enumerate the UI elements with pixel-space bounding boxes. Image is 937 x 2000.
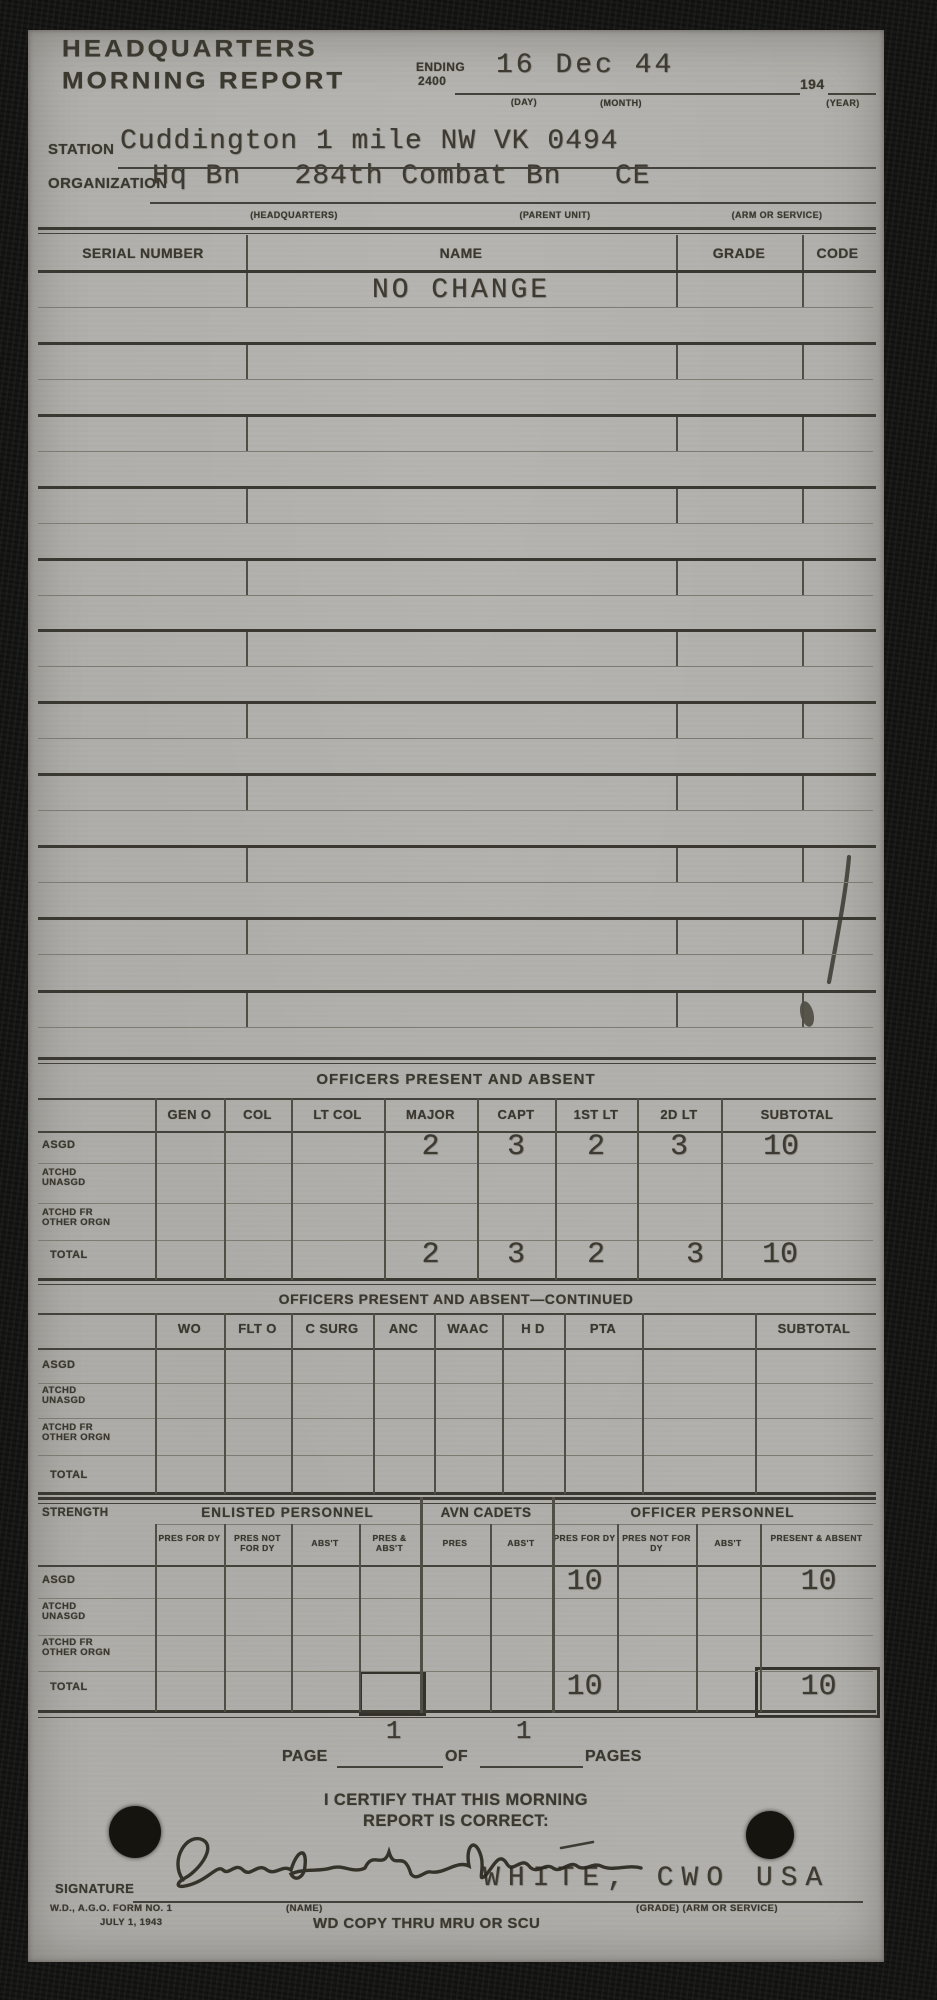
rule-vertical (224, 1313, 226, 1494)
officer-col-pres-for-dy: PRES FOR DY (552, 1533, 617, 1543)
form-date: JULY 1, 1943 (100, 1918, 162, 1928)
rule-horizontal (38, 1565, 876, 1567)
rule-horizontal (155, 1524, 873, 1525)
roster-cell-divider (246, 704, 248, 738)
officers-row-asgd-label: ASGD (42, 1140, 75, 1152)
roster-row-lightrule (38, 451, 873, 452)
roster-cell-divider (676, 993, 678, 1027)
rule-vertical (373, 1313, 375, 1494)
strength-row-total-label: TOTAL (50, 1682, 88, 1694)
roster-cell-divider (802, 848, 804, 882)
roster-row-rule (38, 414, 876, 417)
rule-horizontal (337, 1766, 443, 1768)
rule-vertical (721, 1098, 723, 1280)
strength-total-officer-pres: 10 (552, 1672, 617, 1702)
roster-row-lightrule (38, 595, 873, 596)
rule-vertical (760, 1524, 762, 1712)
strength-label: STRENGTH (42, 1507, 108, 1519)
officers-col-lt-col: LT COL (291, 1108, 384, 1122)
rule-horizontal (828, 93, 876, 95)
officers-continued-title: OFFICERS PRESENT AND ABSENT—CONTINUED (28, 1292, 884, 1307)
roster-row-lightrule (38, 523, 873, 524)
roster-row-lightrule (38, 666, 873, 667)
officers-col-capt: CAPT (477, 1108, 555, 1122)
rule-vertical (490, 1524, 492, 1712)
handwritten-signature (163, 1820, 723, 1910)
rule-vertical (802, 235, 804, 270)
officers-row-atchd-unasgd-label: ATCHD UNASGD (42, 1168, 120, 1188)
rule-horizontal (38, 1240, 873, 1241)
strength-group-officer: OFFICER PERSONNEL (552, 1506, 873, 1520)
roster-row-rule (38, 917, 876, 920)
rule-horizontal (38, 1203, 873, 1204)
continued-col-waac: WAAC (434, 1322, 502, 1336)
officers-asgd-2d-lt: 3 (637, 1132, 721, 1162)
rule-vertical (420, 1497, 423, 1713)
officers-col-2d-lt: 2D LT (637, 1108, 721, 1122)
pages-label: PAGES (585, 1749, 642, 1766)
name-sublabel: (NAME) (286, 1904, 323, 1914)
roster-row-lightrule (38, 738, 873, 739)
of-label: OF (445, 1749, 468, 1766)
continued-row-total-label: TOTAL (50, 1470, 88, 1482)
enlisted-col-pres-for-dy: PRES FOR DY (155, 1533, 224, 1543)
page-number-value: 1 (366, 1718, 421, 1744)
page-label: PAGE (282, 1749, 328, 1766)
continued-row-atchd-fr-label: ATCHD FR OTHER ORGN (42, 1423, 120, 1443)
continued-col-subtotal: SUBTOTAL (755, 1322, 873, 1336)
roster-cell-divider (676, 489, 678, 523)
officers-total-subtotal: 10 (725, 1240, 835, 1270)
officers-col-subtotal: SUBTOTAL (721, 1108, 873, 1122)
roster-cell-divider (802, 417, 804, 451)
rule-vertical (564, 1313, 566, 1494)
enlisted-col-pres-abst: PRES & ABS'T (359, 1533, 420, 1553)
roster-cell-divider (802, 273, 804, 307)
roster-cell-divider (676, 632, 678, 666)
strength-group-enlisted: ENLISTED PERSONNEL (155, 1506, 420, 1520)
rule-horizontal (38, 1710, 876, 1713)
rule-vertical (155, 1098, 157, 1280)
signature-label: SIGNATURE (55, 1882, 134, 1896)
rule-horizontal (38, 1131, 876, 1133)
roster-cell-divider (676, 417, 678, 451)
rule-horizontal (150, 202, 876, 204)
rule-horizontal (455, 93, 800, 95)
roster-cell-divider (802, 345, 804, 379)
roster-cell-divider (246, 920, 248, 954)
strength-row-asgd-label: ASGD (42, 1575, 75, 1587)
pen-slash-mark (28, 30, 884, 1130)
rule-horizontal (38, 1671, 873, 1672)
roster-row-rule (38, 701, 876, 704)
continued-col-c-surg: C SURG (291, 1322, 373, 1336)
roster-cell-divider (246, 273, 248, 307)
roster-cell-divider (246, 632, 248, 666)
roster-row-rule (38, 270, 876, 273)
roster-row-lightrule (38, 954, 873, 955)
pages-total-value: 1 (496, 1718, 551, 1744)
roster-cell-divider (246, 417, 248, 451)
rule-vertical (224, 1098, 226, 1280)
rule-horizontal (38, 1455, 873, 1456)
rule-vertical (434, 1313, 436, 1494)
roster-cell-divider (246, 993, 248, 1027)
officers-col-1st-lt: 1ST LT (555, 1108, 637, 1122)
roster-row-rule (38, 342, 876, 345)
roster-cell-divider (676, 776, 678, 810)
rule-horizontal (38, 227, 876, 230)
rule-vertical (477, 1098, 479, 1280)
rule-vertical (359, 1524, 361, 1712)
officers-asgd-subtotal: 10 (721, 1132, 841, 1162)
roster-cell-divider (802, 561, 804, 595)
roster-cell-divider (676, 704, 678, 738)
roster-cell-divider (802, 920, 804, 954)
grade-arm-sublabel: (GRADE) (ARM OR SERVICE) (636, 1904, 778, 1914)
rule-horizontal (38, 1348, 876, 1350)
rule-vertical (291, 1313, 293, 1494)
officers-total-capt: 3 (477, 1240, 555, 1270)
roster-cell-divider (802, 632, 804, 666)
rule-horizontal (38, 1497, 876, 1500)
roster-cell-divider (246, 848, 248, 882)
roster-cell-divider (802, 993, 804, 1027)
form-number: W.D., A.G.O. FORM NO. 1 (50, 1904, 172, 1914)
hole-punch-right (746, 1811, 794, 1859)
rule-vertical (502, 1313, 504, 1494)
rule-horizontal (38, 1163, 873, 1164)
continued-col-flt-o: FLT O (224, 1322, 291, 1336)
rule-horizontal (38, 1418, 873, 1419)
officer-col-abst: ABS'T (696, 1539, 760, 1548)
ink-blob (798, 1000, 817, 1028)
rule-horizontal (38, 1063, 876, 1064)
strength-row-atchd-fr-label: ATCHD FR OTHER ORGN (42, 1638, 120, 1658)
rule-vertical (552, 1497, 555, 1713)
rule-vertical (155, 1524, 157, 1712)
officers-col-col: COL (224, 1108, 291, 1122)
continued-col-h-d: H D (502, 1322, 564, 1336)
strength-row-atchd-unasgd-label: ATCHD UNASGD (42, 1602, 120, 1622)
roster-cell-divider (802, 704, 804, 738)
rule-horizontal (38, 1383, 873, 1384)
roster-cell-divider (246, 776, 248, 810)
officers-total-major: 2 (384, 1240, 477, 1270)
certify-line1: I CERTIFY THAT THIS MORNING (226, 1792, 686, 1809)
rule-horizontal (118, 167, 876, 169)
roster-row-lightrule (38, 307, 873, 308)
rule-horizontal (38, 1278, 876, 1281)
roster-cell-divider (246, 561, 248, 595)
scanned-document: HEADQUARTERS MORNING REPORT ENDING 2400 … (0, 0, 937, 2000)
continued-row-asgd-label: ASGD (42, 1360, 75, 1372)
avn-col-pres: PRES (420, 1539, 490, 1548)
officers-asgd-capt: 3 (477, 1132, 555, 1162)
officers-col-gen-o: GEN O (155, 1108, 224, 1122)
rule-vertical (637, 1098, 639, 1280)
roster-cell-divider (676, 920, 678, 954)
officer-col-present-absent: PRESENT & ABSENT (760, 1533, 873, 1543)
roster-cell-divider (246, 345, 248, 379)
rule-vertical (676, 235, 678, 270)
rule-horizontal (38, 1057, 876, 1060)
hole-punch-left (109, 1806, 161, 1858)
roster-row-lightrule (38, 379, 873, 380)
copy-routing-note: WD COPY THRU MRU OR SCU (313, 1916, 540, 1932)
roster-cell-divider (676, 848, 678, 882)
continued-col-anc: ANC (373, 1322, 434, 1336)
rule-horizontal (38, 1503, 876, 1504)
officers-col-major: MAJOR (384, 1108, 477, 1122)
roster-cell-divider (802, 776, 804, 810)
rule-horizontal (38, 1717, 876, 1718)
rule-horizontal (38, 1098, 876, 1100)
rule-horizontal (38, 1492, 876, 1495)
rule-vertical (555, 1098, 557, 1280)
enlisted-col-pres-not-for-dy: PRES NOT FOR DY (224, 1533, 291, 1553)
rule-horizontal (38, 1313, 876, 1315)
rule-horizontal (38, 1635, 873, 1636)
roster-cell-divider (676, 561, 678, 595)
roster-row-rule (38, 486, 876, 489)
roster-row-rule (38, 990, 876, 993)
officers-asgd-major: 2 (384, 1132, 477, 1162)
officers-row-atchd-fr-label: ATCHD FR OTHER ORGN (42, 1208, 120, 1228)
continued-col-wo: WO (155, 1322, 224, 1336)
roster-row-lightrule (38, 1027, 873, 1028)
strength-group-avn-cadets: AVN CADETS (420, 1506, 552, 1520)
roster-row-rule (38, 845, 876, 848)
roster-row-rule (38, 558, 876, 561)
officers-total-1st-lt: 2 (555, 1240, 637, 1270)
officer-col-pres-not-for-dy: PRES NOT FOR DY (617, 1533, 696, 1553)
officers-asgd-1st-lt: 2 (555, 1132, 637, 1162)
rule-vertical (755, 1313, 757, 1494)
rule-vertical (384, 1098, 386, 1280)
roster-cell-divider (676, 273, 678, 307)
rule-horizontal (133, 1901, 863, 1903)
continued-col-pta: PTA (564, 1322, 642, 1336)
roster-row-lightrule (38, 882, 873, 883)
strength-asgd-present-absent: 10 (766, 1567, 871, 1597)
morning-report-form: HEADQUARTERS MORNING REPORT ENDING 2400 … (28, 30, 884, 1962)
rule-vertical (291, 1098, 293, 1280)
rule-vertical (617, 1524, 619, 1712)
roster-cell-divider (246, 489, 248, 523)
roster-cell-divider (676, 345, 678, 379)
enlisted-col-abst: ABS'T (291, 1539, 359, 1548)
continued-row-atchd-unasgd-label: ATCHD UNASGD (42, 1386, 120, 1406)
roster-cell-divider (802, 489, 804, 523)
roster-row-rule (38, 773, 876, 776)
officers-row-total-label: TOTAL (50, 1250, 88, 1262)
rule-vertical (246, 235, 248, 270)
rule-vertical (224, 1524, 226, 1712)
rule-vertical (642, 1313, 644, 1494)
rule-horizontal (38, 1284, 876, 1285)
rule-vertical (155, 1313, 157, 1494)
rule-horizontal (38, 233, 876, 234)
avn-col-abst: ABS'T (490, 1539, 552, 1548)
roster-row-rule (38, 629, 876, 632)
rule-horizontal (38, 1598, 873, 1599)
rule-vertical (696, 1524, 698, 1712)
officers-table-title: OFFICERS PRESENT AND ABSENT (28, 1072, 884, 1088)
rule-horizontal (480, 1766, 583, 1768)
rule-vertical (291, 1524, 293, 1712)
strength-asgd-officer-pres: 10 (552, 1567, 617, 1597)
roster-row-lightrule (38, 810, 873, 811)
